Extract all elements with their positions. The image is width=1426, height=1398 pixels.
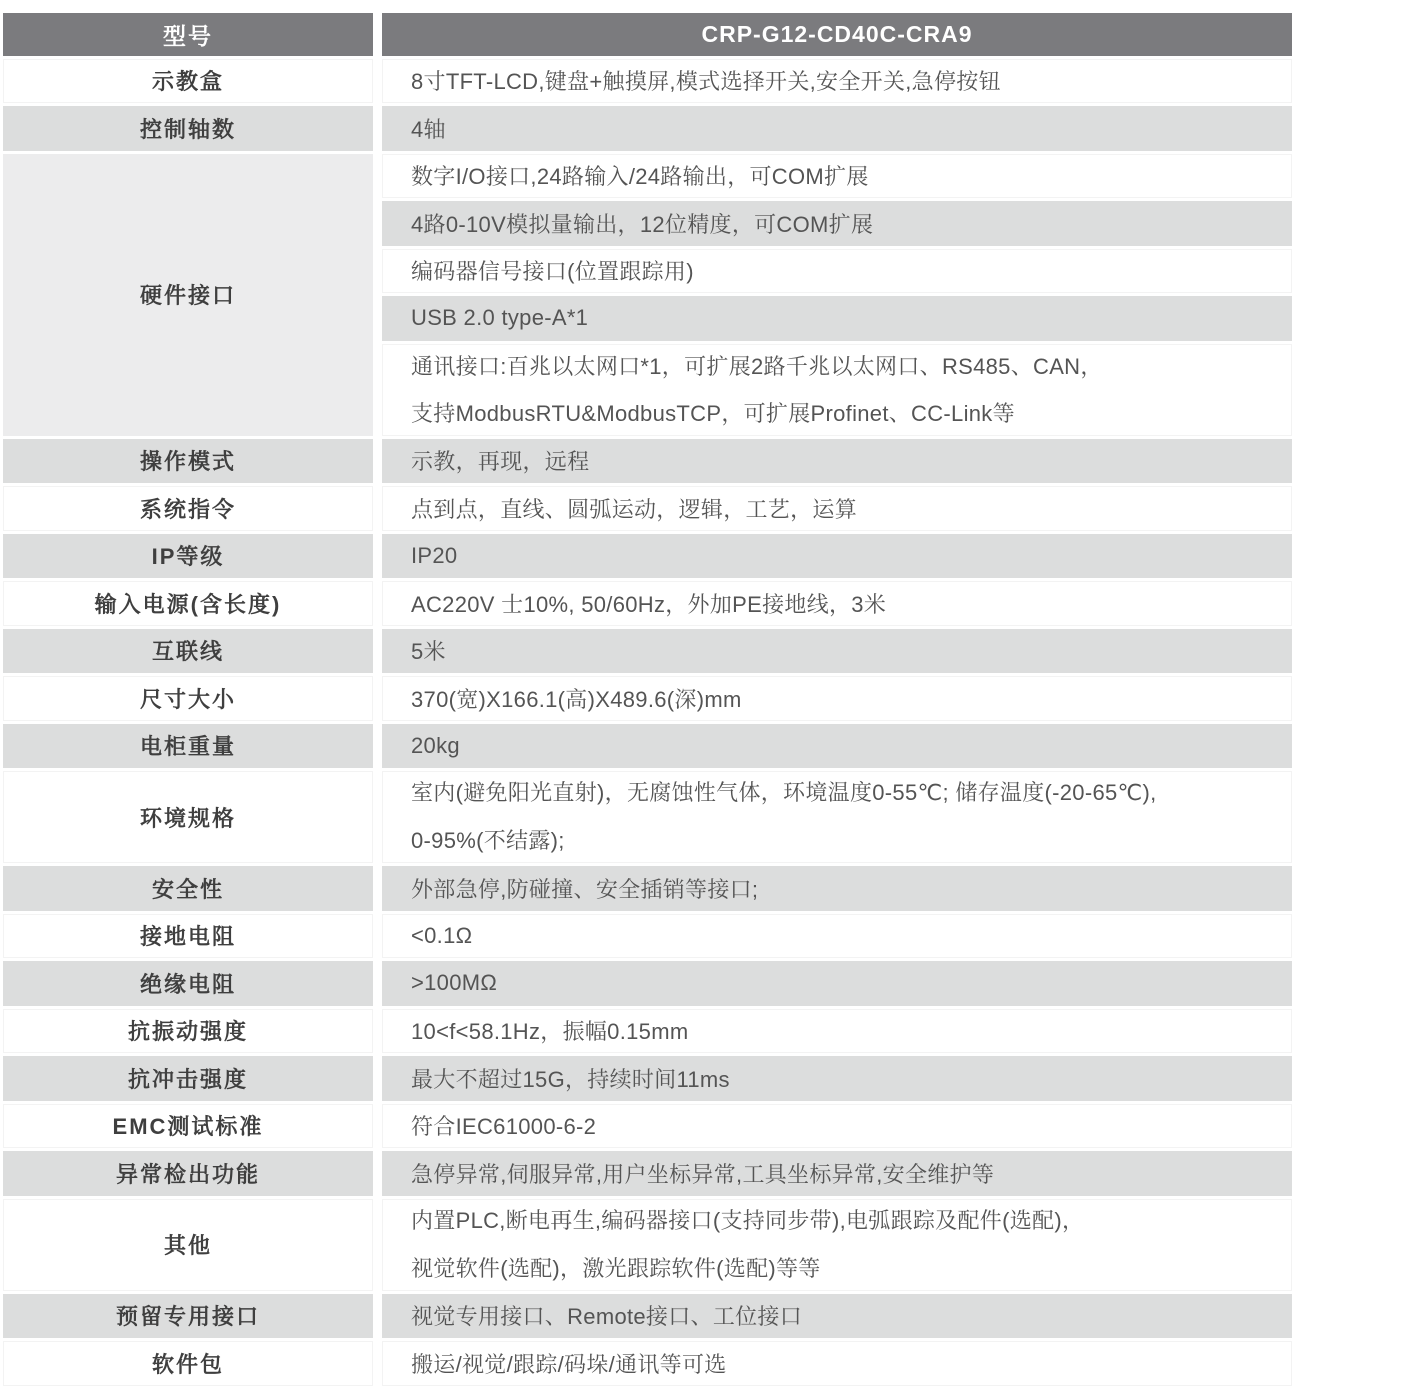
column-divider: [373, 866, 382, 911]
spec-value: <0.1Ω: [382, 914, 1292, 959]
spec-value: 5米: [382, 629, 1292, 674]
spec-label: 环境规格: [3, 771, 373, 863]
spec-value: 10<f<58.1Hz，振幅0.15mm: [382, 1009, 1292, 1054]
header-model-number: CRP-G12-CD40C-CRA9: [382, 13, 1292, 56]
spec-label: IP等级: [3, 534, 373, 579]
spec-value: AC220V 士10%, 50/60Hz，外加PE接地线，3米: [382, 581, 1292, 626]
spec-value: 最大不超过15G，持续时间11ms: [382, 1056, 1292, 1101]
column-divider: [373, 1341, 382, 1386]
spec-label: EMC测试标准: [3, 1104, 373, 1149]
column-divider: [373, 1199, 382, 1291]
table-row: 尺寸大小 370(宽)X166.1(高)X489.6(深)mm: [3, 676, 1292, 721]
hardware-interface-group: 硬件接口 数字I/O接口,24路输入/24路输出，可COM扩展 4路0-10V模…: [3, 154, 1292, 436]
table-row: 控制轴数 4轴: [3, 106, 1292, 151]
spec-value: IP20: [382, 534, 1292, 579]
table-row: 示教盒 8寸TFT-LCD,键盘+触摸屏,模式选择开关,安全开关,急停按钮: [3, 59, 1292, 104]
spec-value: 视觉专用接口、Remote接口、工位接口: [382, 1294, 1292, 1339]
column-divider: [373, 914, 382, 959]
spec-value: 通讯接口:百兆以太网口*1，可扩展2路千兆以太网口、RS485、CAN， 支持M…: [382, 344, 1292, 436]
spec-table: 型号 CRP-G12-CD40C-CRA9 示教盒 8寸TFT-LCD,键盘+触…: [3, 13, 1292, 1389]
table-row: 异常检出功能 急停异常,伺服异常,用户坐标异常,工具坐标异常,安全维护等: [3, 1151, 1292, 1196]
hardware-interface-rows: 数字I/O接口,24路输入/24路输出，可COM扩展 4路0-10V模拟量输出，…: [382, 154, 1292, 436]
spec-value: 搬运/视觉/跟踪/码垛/通讯等可选: [382, 1341, 1292, 1386]
column-divider: [373, 629, 382, 674]
column-divider: [373, 13, 382, 56]
spec-value: 急停异常,伺服异常,用户坐标异常,工具坐标异常,安全维护等: [382, 1151, 1292, 1196]
table-row: 操作模式 示教，再现，远程: [3, 439, 1292, 484]
column-divider: [373, 106, 382, 151]
spec-label: 系统指令: [3, 486, 373, 531]
spec-label: 预留专用接口: [3, 1294, 373, 1339]
column-divider: [373, 1056, 382, 1101]
spec-label: 输入电源(含长度): [3, 581, 373, 626]
table-row: 抗冲击强度 最大不超过15G，持续时间11ms: [3, 1056, 1292, 1101]
column-divider: [373, 724, 382, 769]
column-divider: [373, 961, 382, 1006]
spec-value-line: 支持ModbusRTU&ModbusTCP，可扩展Profinet、CC-Lin…: [411, 390, 1015, 437]
spec-value-line: 内置PLC,断电再生,编码器接口(支持同步带),电弧跟踪及配件(选配)，: [411, 1199, 1084, 1245]
spec-label: 操作模式: [3, 439, 373, 484]
spec-label: 硬件接口: [3, 154, 373, 436]
spec-label: 尺寸大小: [3, 676, 373, 721]
table-row: 系统指令 点到点，直线、圆弧运动，逻辑，工艺，运算: [3, 486, 1292, 531]
spec-value: 外部急停,防碰撞、安全插销等接口;: [382, 866, 1292, 911]
spec-value: >100MΩ: [382, 961, 1292, 1006]
spec-label: 安全性: [3, 866, 373, 911]
table-row: 输入电源(含长度) AC220V 士10%, 50/60Hz，外加PE接地线，3…: [3, 581, 1292, 626]
spec-label: 电柜重量: [3, 724, 373, 769]
spec-value: 370(宽)X166.1(高)X489.6(深)mm: [382, 676, 1292, 721]
spec-value-line: 0-95%(不结露);: [411, 817, 565, 863]
spec-label: 异常检出功能: [3, 1151, 373, 1196]
header-label-model: 型号: [3, 13, 373, 56]
spec-value-line: 室内(避免阳光直射)，无腐蚀性气体，环境温度0-55℃; 储存温度(-20-65…: [411, 771, 1157, 817]
column-divider: [373, 581, 382, 626]
spec-value-line: 通讯接口:百兆以太网口*1，可扩展2路千兆以太网口、RS485、CAN，: [411, 343, 1103, 390]
column-divider: [373, 486, 382, 531]
column-divider: [373, 534, 382, 579]
table-row: 抗振动强度 10<f<58.1Hz，振幅0.15mm: [3, 1009, 1292, 1054]
spec-value: 点到点，直线、圆弧运动，逻辑，工艺，运算: [382, 486, 1292, 531]
table-row: IP等级 IP20: [3, 534, 1292, 579]
spec-value: 20kg: [382, 724, 1292, 769]
column-divider: [373, 1294, 382, 1339]
column-divider: [373, 154, 382, 436]
table-row: 安全性 外部急停,防碰撞、安全插销等接口;: [3, 866, 1292, 911]
table-row: EMC测试标准 符合IEC61000-6-2: [3, 1104, 1292, 1149]
spec-value: 4轴: [382, 106, 1292, 151]
column-divider: [373, 1009, 382, 1054]
table-row: 接地电阻 <0.1Ω: [3, 914, 1292, 959]
table-row: 互联线 5米: [3, 629, 1292, 674]
spec-value: 符合IEC61000-6-2: [382, 1104, 1292, 1149]
table-row: 绝缘电阻 >100MΩ: [3, 961, 1292, 1006]
spec-label: 接地电阻: [3, 914, 373, 959]
column-divider: [373, 439, 382, 484]
table-row: 其他 内置PLC,断电再生,编码器接口(支持同步带),电弧跟踪及配件(选配)， …: [3, 1199, 1292, 1291]
spec-value: USB 2.0 type-A*1: [382, 296, 1292, 341]
column-divider: [373, 771, 382, 863]
table-row: 预留专用接口 视觉专用接口、Remote接口、工位接口: [3, 1294, 1292, 1339]
spec-value: 内置PLC,断电再生,编码器接口(支持同步带),电弧跟踪及配件(选配)， 视觉软…: [382, 1199, 1292, 1291]
table-header-row: 型号 CRP-G12-CD40C-CRA9: [3, 13, 1292, 56]
spec-value-line: 视觉软件(选配)，激光跟踪软件(选配)等等: [411, 1245, 821, 1291]
spec-value: 8寸TFT-LCD,键盘+触摸屏,模式选择开关,安全开关,急停按钮: [382, 59, 1292, 104]
column-divider: [373, 1104, 382, 1149]
spec-label: 软件包: [3, 1341, 373, 1386]
spec-label: 控制轴数: [3, 106, 373, 151]
table-row: 环境规格 室内(避免阳光直射)，无腐蚀性气体，环境温度0-55℃; 储存温度(-…: [3, 771, 1292, 863]
table-row: 电柜重量 20kg: [3, 724, 1292, 769]
column-divider: [373, 1151, 382, 1196]
spec-value: 室内(避免阳光直射)，无腐蚀性气体，环境温度0-55℃; 储存温度(-20-65…: [382, 771, 1292, 863]
spec-value: 编码器信号接口(位置跟踪用): [382, 249, 1292, 294]
table-row: 软件包 搬运/视觉/跟踪/码垛/通讯等可选: [3, 1341, 1292, 1386]
spec-label: 抗振动强度: [3, 1009, 373, 1054]
spec-label: 其他: [3, 1199, 373, 1291]
column-divider: [373, 676, 382, 721]
spec-label: 互联线: [3, 629, 373, 674]
spec-label: 抗冲击强度: [3, 1056, 373, 1101]
spec-label: 绝缘电阻: [3, 961, 373, 1006]
column-divider: [373, 59, 382, 104]
spec-value: 4路0-10V模拟量输出，12位精度，可COM扩展: [382, 201, 1292, 246]
spec-label: 示教盒: [3, 59, 373, 104]
spec-value: 数字I/O接口,24路输入/24路输出，可COM扩展: [382, 154, 1292, 199]
spec-value: 示教，再现，远程: [382, 439, 1292, 484]
